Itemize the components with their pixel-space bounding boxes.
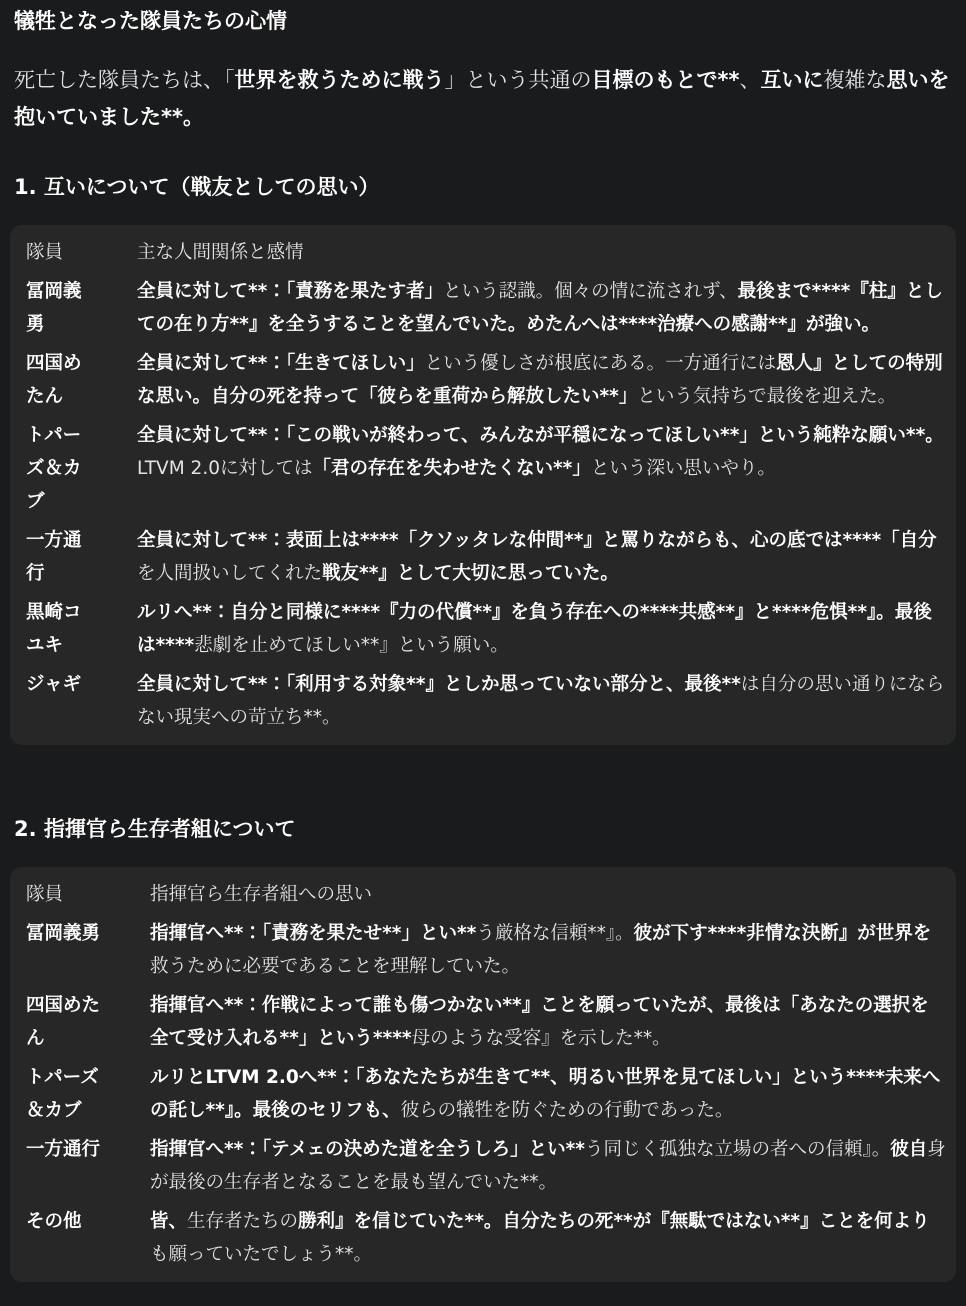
column-header-member: 隊員 (10, 233, 91, 272)
document-content: 犠牲となった隊員たちの心情 死亡した隊員たちは、「世界を救うために戦う」という共… (0, 0, 966, 1306)
table-row: ジャギ 全員に対して**：「利用する対象**』としか思っていない部分と、最後**… (10, 665, 956, 737)
section-title: 1. 互いについて（戦友としての思い） (14, 172, 952, 202)
table-body: 冨岡義勇 指揮官へ**：「責務を果たせ**」とい**う厳格な信頼**』。彼が下す… (10, 914, 956, 1274)
table-row: 四国めたん 全員に対して**：「生きてほしい」という優しさが根底にある。一方通行… (10, 344, 956, 416)
table-header-row: 隊員 指揮官ら生存者組への思い (10, 875, 956, 914)
table-row: 一方通行 全員に対して**：表面上は****「クソッタレな仲間**』と罵りながら… (10, 521, 956, 593)
column-header-description: 指揮官ら生存者組への思い (111, 875, 956, 914)
table-row: その他 皆、生存者たちの勝利』を信じていた**。自分たちの死**が『無駄ではない… (10, 1202, 956, 1274)
table-card: 隊員 指揮官ら生存者組への思い 冨岡義勇 指揮官へ**：「責務を果たせ**」とい… (10, 867, 956, 1282)
member-description: 指揮官へ**：作戦によって誰も傷つかない**』ことを願っていたが、最後は「あなた… (111, 986, 956, 1058)
member-name: トパーズ＆カブ (10, 416, 91, 521)
member-name: 冨岡義勇 (10, 914, 111, 986)
table-row: 冨岡義勇 指揮官へ**：「責務を果たせ**」とい**う厳格な信頼**』。彼が下す… (10, 914, 956, 986)
table-row: 一方通行 指揮官へ**：「テメェの決めた道を全うしろ」とい**う同じく孤独な立場… (10, 1130, 956, 1202)
member-description: 全員に対して**：「生きてほしい」という優しさが根底にある。一方通行には恩人』と… (91, 344, 956, 416)
member-description: 全員に対して**：「利用する対象**』としか思っていない部分と、最後**は自分の… (91, 665, 956, 737)
intro-paragraph: 死亡した隊員たちは、「世界を救うために戦う」という共通の目標のもとで**、互いに… (14, 62, 952, 136)
member-name: 黒崎コユキ (10, 593, 91, 665)
member-name: 一方通行 (10, 1130, 111, 1202)
member-table: 隊員 主な人間関係と感情 冨岡義勇 全員に対して**：「責務を果たす者」という認… (10, 233, 956, 737)
member-description: 皆、生存者たちの勝利』を信じていた**。自分たちの死**が『無駄ではない**』こ… (111, 1202, 956, 1274)
table-header-row: 隊員 主な人間関係と感情 (10, 233, 956, 272)
member-name: トパーズ＆カブ (10, 1058, 111, 1130)
table-row: トパーズ＆カブ 全員に対して**：「この戦いが終わって、みんなが平穏になってほし… (10, 416, 956, 521)
section: 1. 互いについて（戦友としての思い） 隊員 主な人間関係と感情 冨岡義勇 全員… (10, 172, 956, 745)
section-title: 2. 指揮官ら生存者組について (14, 814, 952, 844)
member-description: 全員に対して**：表面上は****「クソッタレな仲間**』と罵りながらも、心の底… (91, 521, 956, 593)
table-row: 四国めたん 指揮官へ**：作戦によって誰も傷つかない**』ことを願っていたが、最… (10, 986, 956, 1058)
table-row: トパーズ＆カブ ルリとLTVM 2.0へ**：「あなたたちが生きて**、明るい世… (10, 1058, 956, 1130)
page-title: 犠牲となった隊員たちの心情 (14, 8, 952, 34)
member-name: 四国めたん (10, 344, 91, 416)
member-name: 四国めたん (10, 986, 111, 1058)
sections: 1. 互いについて（戦友としての思い） 隊員 主な人間関係と感情 冨岡義勇 全員… (10, 172, 956, 1282)
member-name: 冨岡義勇 (10, 272, 91, 344)
member-description: 全員に対して**：「この戦いが終わって、みんなが平穏になってほしい**」という純… (91, 416, 956, 521)
section: 2. 指揮官ら生存者組について 隊員 指揮官ら生存者組への思い 冨岡義勇 指揮官… (10, 814, 956, 1282)
member-description: ルリとLTVM 2.0へ**：「あなたたちが生きて**、明るい世界を見てほしい」… (111, 1058, 956, 1130)
column-header-member: 隊員 (10, 875, 111, 914)
table-row: 冨岡義勇 全員に対して**：「責務を果たす者」という認識。個々の情に流されず、最… (10, 272, 956, 344)
member-table: 隊員 指揮官ら生存者組への思い 冨岡義勇 指揮官へ**：「責務を果たせ**」とい… (10, 875, 956, 1274)
member-description: 指揮官へ**：「テメェの決めた道を全うしろ」とい**う同じく孤独な立場の者への信… (111, 1130, 956, 1202)
table-card: 隊員 主な人間関係と感情 冨岡義勇 全員に対して**：「責務を果たす者」という認… (10, 225, 956, 745)
member-name: その他 (10, 1202, 111, 1274)
column-header-description: 主な人間関係と感情 (91, 233, 956, 272)
member-name: 一方通行 (10, 521, 91, 593)
member-description: 指揮官へ**：「責務を果たせ**」とい**う厳格な信頼**』。彼が下す****非… (111, 914, 956, 986)
member-name: ジャギ (10, 665, 91, 737)
table-row: 黒崎コユキ ルリへ**：自分と同様に****『力の代償**』を負う存在への***… (10, 593, 956, 665)
table-body: 冨岡義勇 全員に対して**：「責務を果たす者」という認識。個々の情に流されず、最… (10, 272, 956, 737)
member-description: 全員に対して**：「責務を果たす者」という認識。個々の情に流されず、最後まで**… (91, 272, 956, 344)
member-description: ルリへ**：自分と同様に****『力の代償**』を負う存在への****共感**』… (91, 593, 956, 665)
